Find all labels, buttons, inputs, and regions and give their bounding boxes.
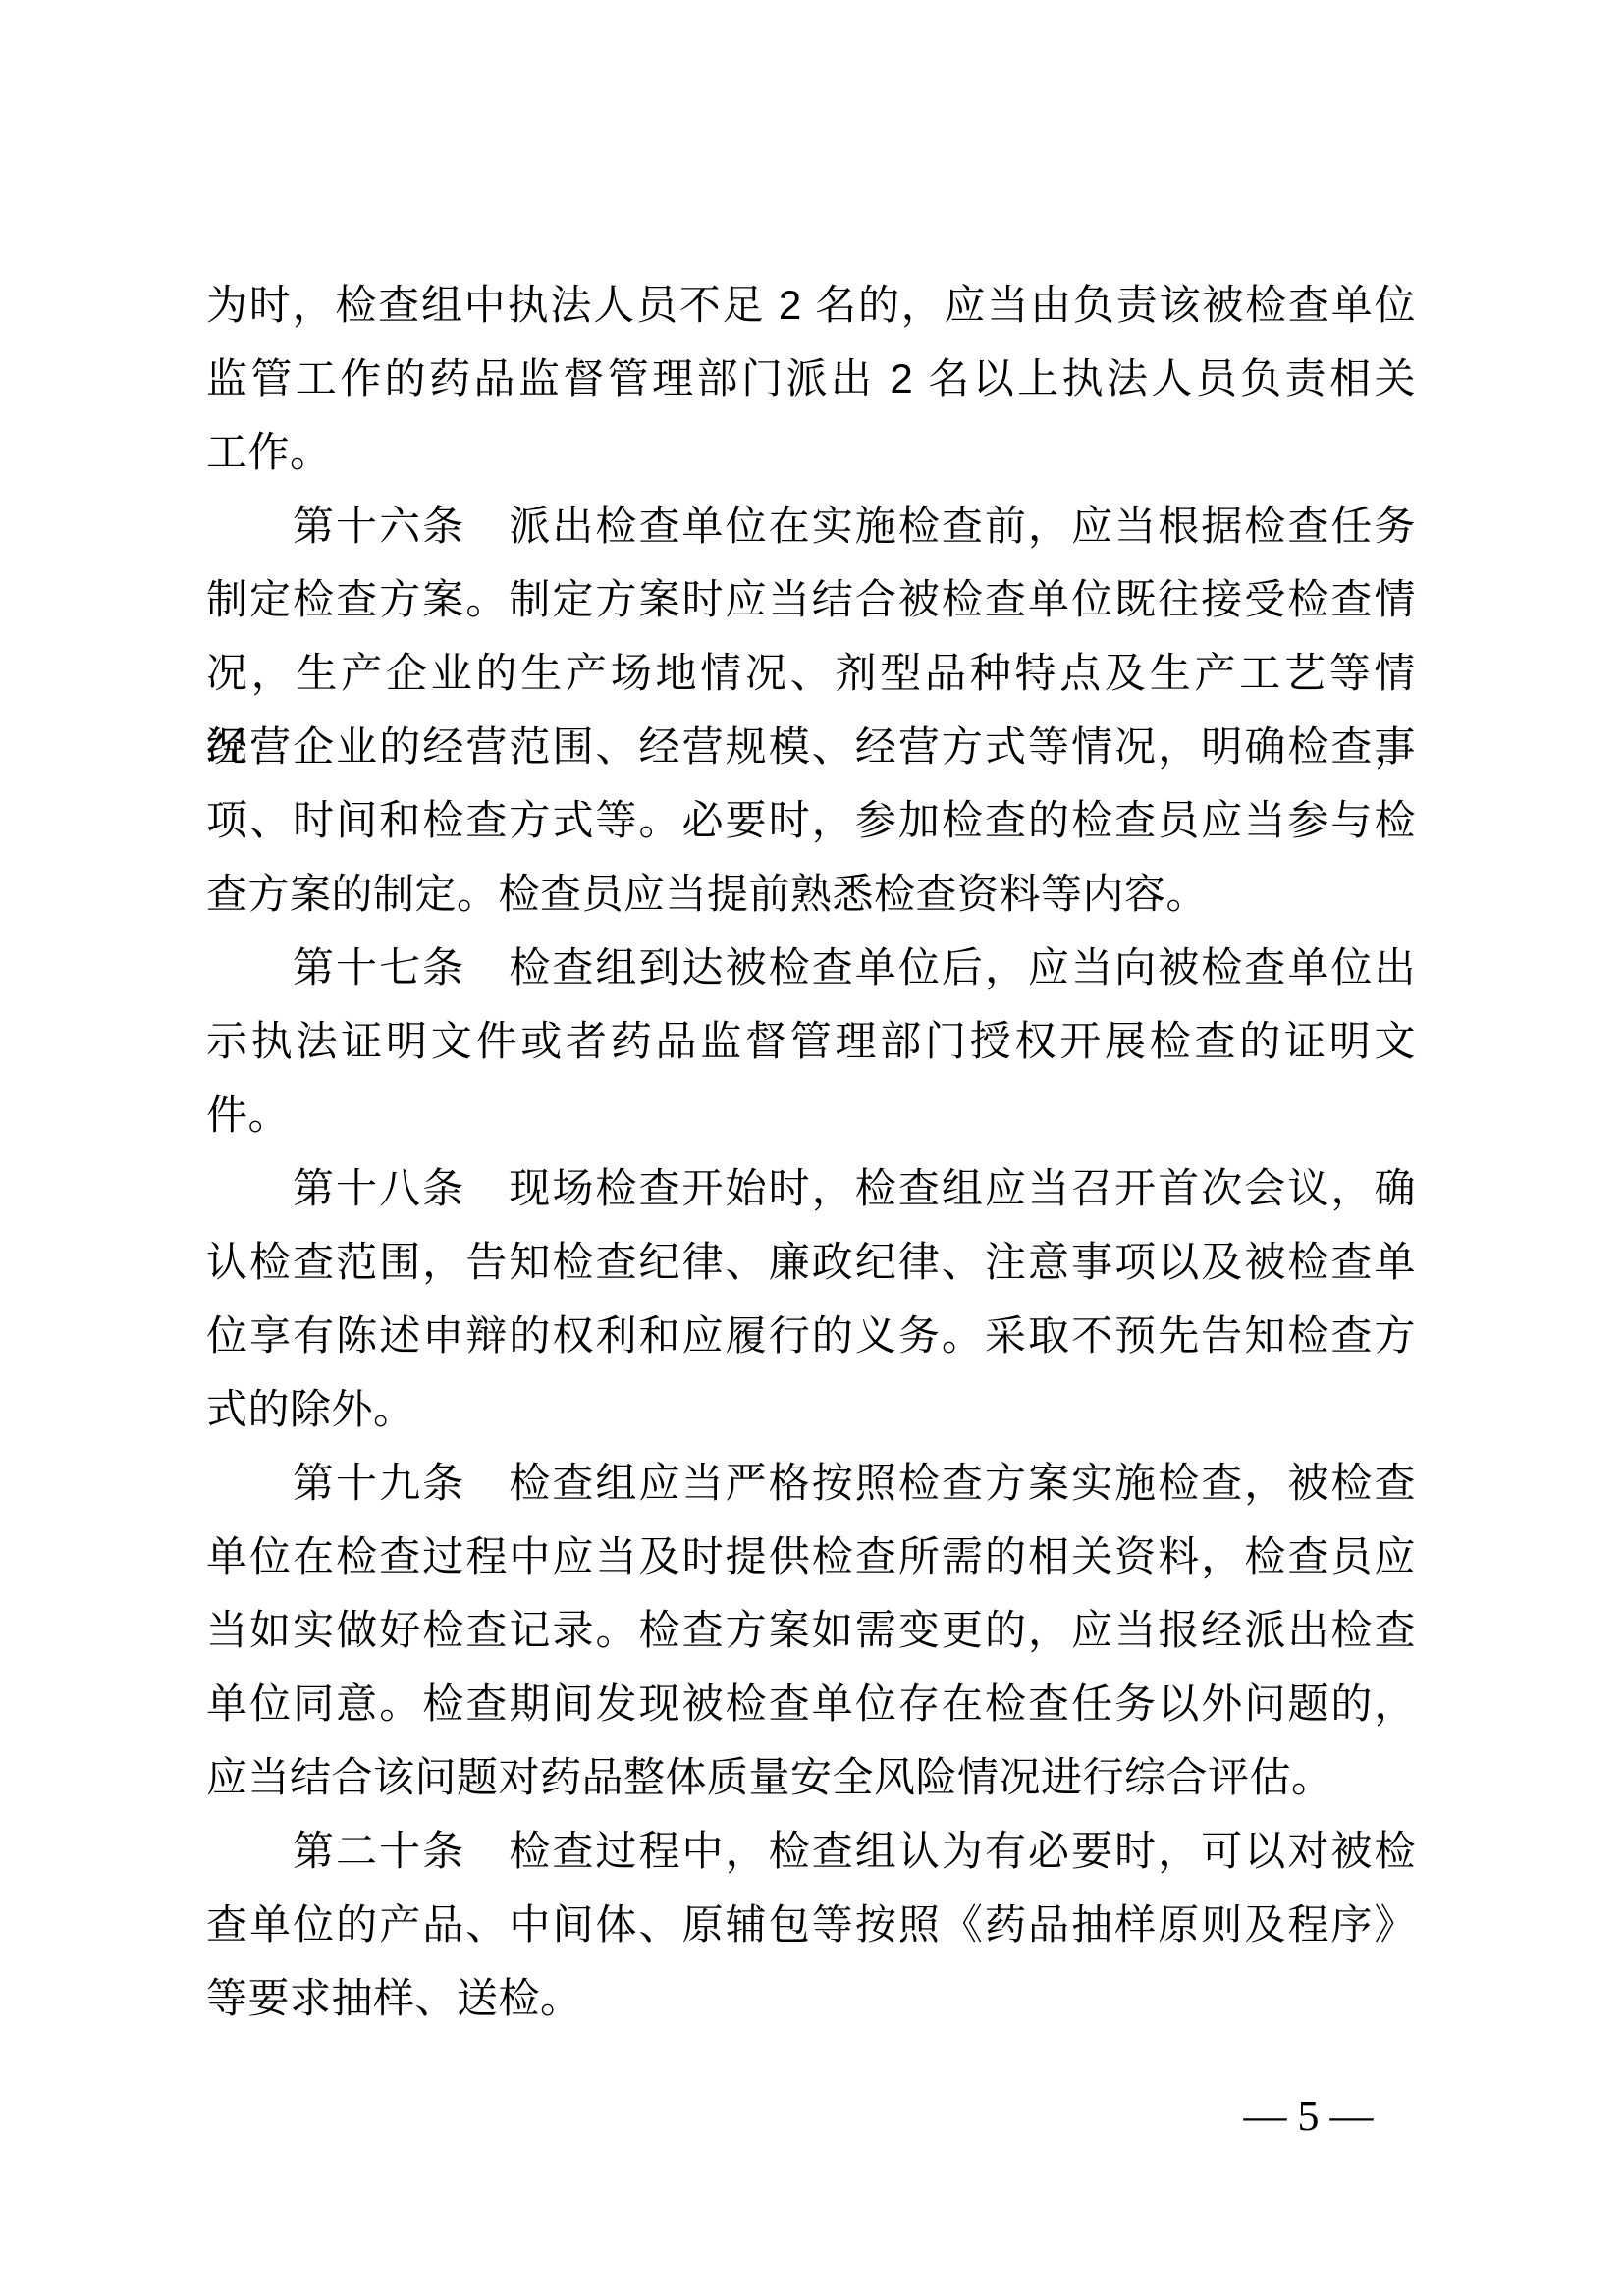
page-text: 为时，检查组中执法人员不足 2 名的，应当由负责该被检查单位监管工作的药品监督管… bbox=[206, 268, 1416, 2035]
text-line: 项、时间和检查方式等。必要时，参加检查的检查员应当参与检 bbox=[206, 783, 1416, 857]
document-page: 为时，检查组中执法人员不足 2 名的，应当由负责该被检查单位监管工作的药品监督管… bbox=[0, 0, 1624, 2296]
text-line: 制定检查方案。制定方案时应当结合被检查单位既往接受检查情 bbox=[206, 562, 1416, 636]
text-line: 式的除外。 bbox=[206, 1372, 1416, 1446]
text-line: 认检查范围，告知检查纪律、廉政纪律、注意事项以及被检查单 bbox=[206, 1225, 1416, 1299]
text-line: 监管工作的药品监督管理部门派出 2 名以上执法人员负责相关 bbox=[206, 342, 1416, 415]
text-line: 单位在检查过程中应当及时提供检查所需的相关资料，检查员应 bbox=[206, 1520, 1416, 1593]
text-line: 单位同意。检查期间发现被检查单位存在检查任务以外问题的， bbox=[206, 1667, 1416, 1740]
text-line: 工作。 bbox=[206, 415, 1416, 489]
text-line: 查方案的制定。检查员应当提前熟悉检查资料等内容。 bbox=[206, 857, 1416, 931]
text-line: 第十八条 现场检查开始时，检查组应当召开首次会议，确 bbox=[206, 1151, 1416, 1225]
text-line: 等要求抽样、送检。 bbox=[206, 1961, 1416, 2035]
text-line: 查单位的产品、中间体、原辅包等按照《药品抽样原则及程序》 bbox=[206, 1888, 1416, 1961]
text-line: 当如实做好检查记录。检查方案如需变更的，应当报经派出检查 bbox=[206, 1593, 1416, 1667]
text-line: 第十七条 检查组到达被检查单位后，应当向被检查单位出 bbox=[206, 931, 1416, 1004]
text-line: 经营企业的经营范围、经营规模、经营方式等情况，明确检查事 bbox=[206, 710, 1416, 783]
text-line: 应当结合该问题对药品整体质量安全风险情况进行综合评估。 bbox=[206, 1740, 1416, 1814]
text-line: 第十六条 派出检查单位在实施检查前，应当根据检查任务 bbox=[206, 489, 1416, 562]
page-number: — 5 — bbox=[1222, 2087, 1394, 2146]
text-line: 第十九条 检查组应当严格按照检查方案实施检查，被检查 bbox=[206, 1446, 1416, 1520]
text-line: 件。 bbox=[206, 1078, 1416, 1151]
text-line: 示执法证明文件或者药品监督管理部门授权开展检查的证明文 bbox=[206, 1004, 1416, 1078]
text-line: 位享有陈述申辩的权利和应履行的义务。采取不预先告知检查方 bbox=[206, 1299, 1416, 1372]
text-line: 为时，检查组中执法人员不足 2 名的，应当由负责该被检查单位 bbox=[206, 268, 1416, 342]
text-line: 况，生产企业的生产场地情况、剂型品种特点及生产工艺等情况， bbox=[206, 636, 1416, 710]
text-line: 第二十条 检查过程中，检查组认为有必要时，可以对被检 bbox=[206, 1814, 1416, 1888]
